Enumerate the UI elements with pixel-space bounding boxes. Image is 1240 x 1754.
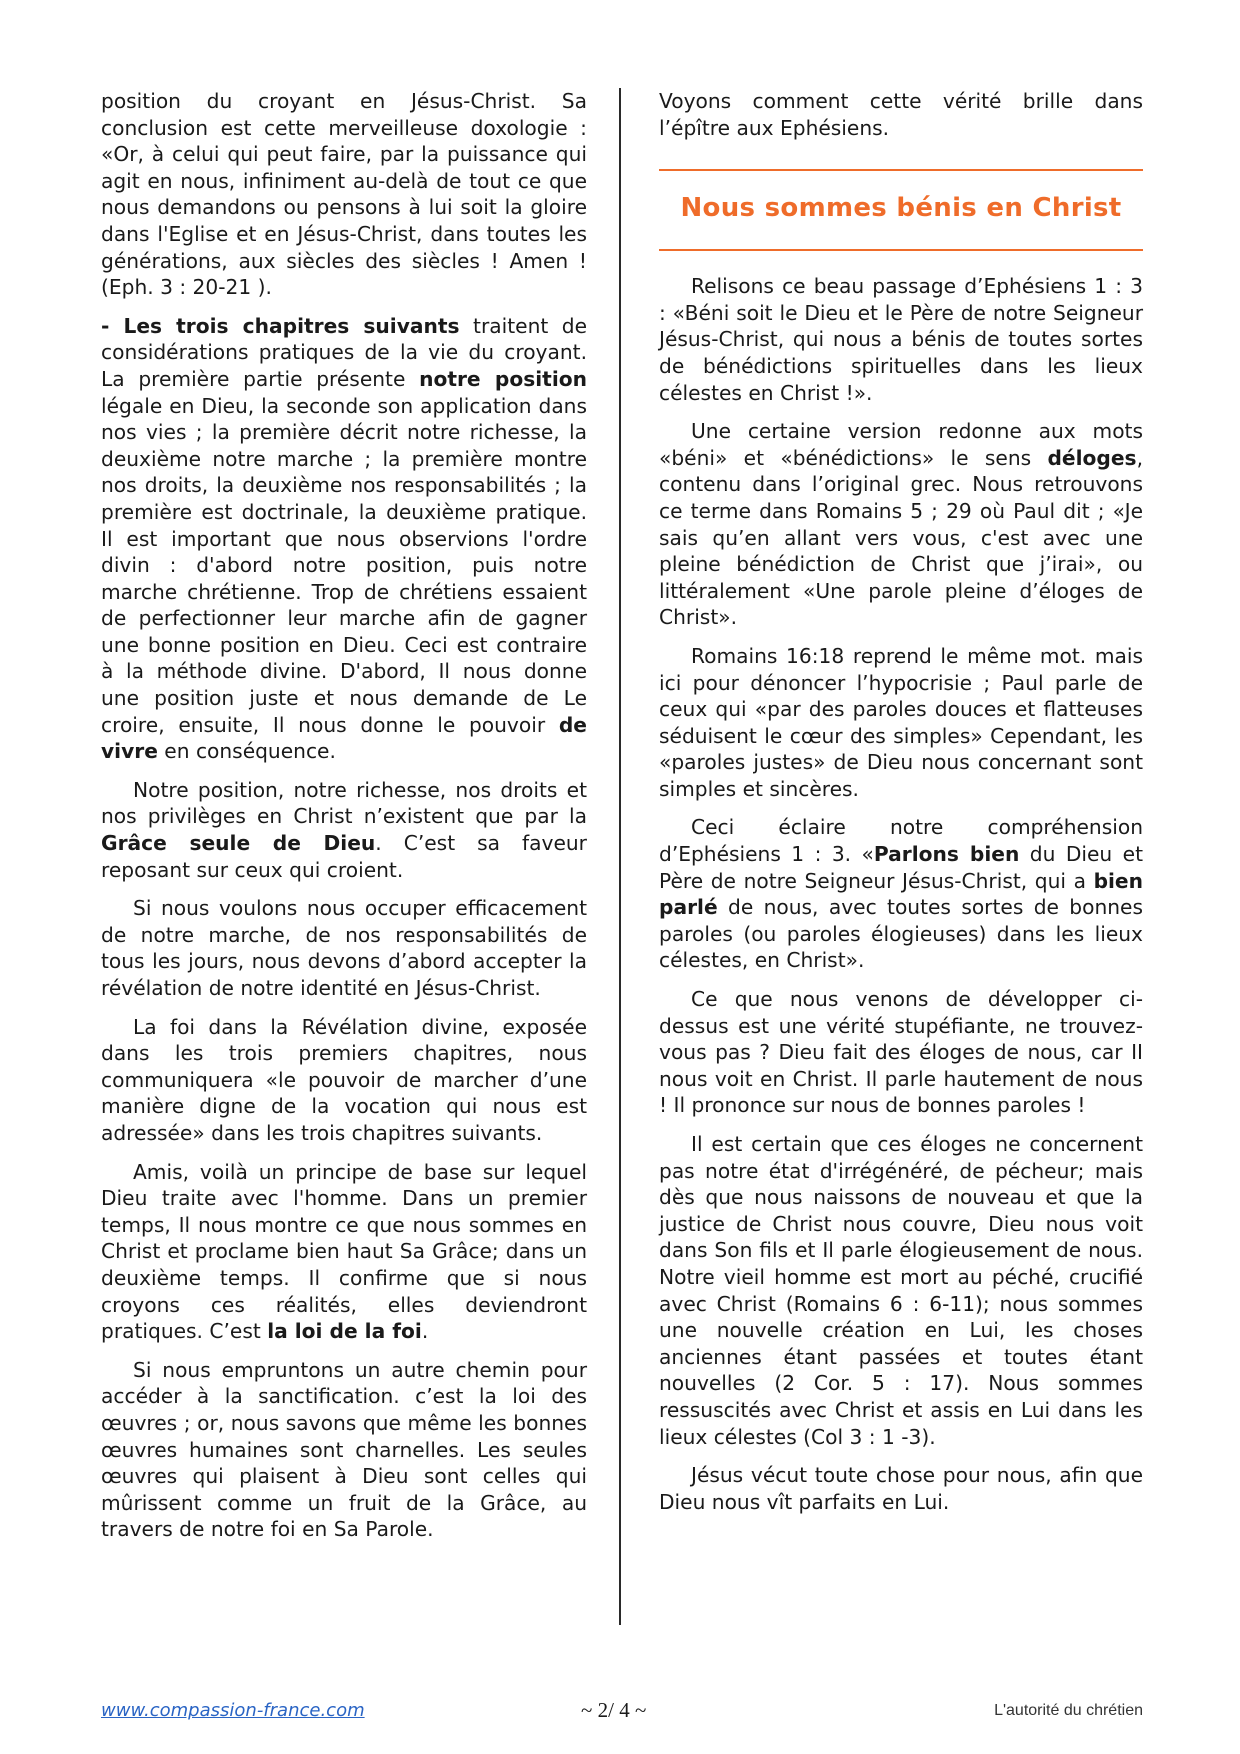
paragraph: Relisons ce beau passage d’Ephésiens 1 :… bbox=[659, 273, 1143, 406]
section-title: Nous sommes bénis en Christ bbox=[659, 171, 1143, 249]
document-title: L'autorité du chrétien bbox=[994, 1702, 1143, 1720]
paragraph: Voyons comment cette vérité brille dans … bbox=[659, 88, 1143, 141]
text-run: Relisons ce beau passage d’Ephésiens 1 :… bbox=[659, 274, 1143, 404]
paragraph: Si nous voulons nous occuper efficacemen… bbox=[101, 895, 587, 1001]
text-run: La foi dans la Révélation divine, exposé… bbox=[101, 1015, 587, 1145]
paragraph: La foi dans la Révélation divine, exposé… bbox=[101, 1014, 587, 1147]
text-run: position du croyant en Jésus-Christ. Sa … bbox=[101, 89, 587, 299]
left-column: position du croyant en Jésus-Christ. Sa … bbox=[101, 88, 587, 1555]
text-run: Notre position, notre richesse, nos droi… bbox=[101, 778, 587, 829]
page-indicator: ~ 2/ 4 ~ bbox=[581, 1698, 646, 1723]
paragraph: Amis, voilà un principe de base sur lequ… bbox=[101, 1159, 587, 1345]
paragraph: Il est certain que ces éloges ne concern… bbox=[659, 1131, 1143, 1450]
section-rule-bottom bbox=[659, 249, 1143, 251]
paragraph: Ceci éclaire notre compréhension d’Ephés… bbox=[659, 814, 1143, 974]
paragraph: position du croyant en Jésus-Christ. Sa … bbox=[101, 88, 587, 301]
text-run: . bbox=[422, 1319, 428, 1343]
text-run: de nous, avec toutes sortes de bonnes pa… bbox=[659, 895, 1143, 972]
bold-text: Grâce seule de Dieu bbox=[101, 831, 375, 855]
bold-text: déloges bbox=[1047, 446, 1136, 470]
text-run: Jésus vécut toute chose pour nous, afin … bbox=[659, 1463, 1143, 1514]
section-header: Nous sommes bénis en Christ bbox=[659, 169, 1143, 251]
paragraph: Jésus vécut toute chose pour nous, afin … bbox=[659, 1462, 1143, 1515]
bold-text: la loi de la foi bbox=[267, 1319, 422, 1343]
text-run: Si nous voulons nous occuper efficacemen… bbox=[101, 896, 587, 1000]
website-link[interactable]: www.compassion-france.com bbox=[101, 1700, 365, 1721]
bold-text: notre position bbox=[419, 367, 587, 391]
text-run: Voyons comment cette vérité brille dans … bbox=[659, 89, 1143, 140]
text-run: en conséquence. bbox=[158, 739, 336, 763]
text-run: , contenu dans l’original grec. Nous ret… bbox=[659, 446, 1143, 630]
page-footer: www.compassion-france.com ~ 2/ 4 ~ L'aut… bbox=[101, 1698, 1143, 1728]
paragraph: Romains 16:18 reprend le même mot. mais … bbox=[659, 643, 1143, 803]
text-run: Si nous empruntons un autre chemin pour … bbox=[101, 1358, 587, 1542]
text-run: Amis, voilà un principe de base sur lequ… bbox=[101, 1160, 587, 1344]
paragraph: Une certaine version redonne aux mots «b… bbox=[659, 418, 1143, 631]
text-run: Il est certain que ces éloges ne concern… bbox=[659, 1132, 1143, 1449]
text-run: légale en Dieu, la seconde son applicati… bbox=[101, 394, 587, 737]
paragraph: Ce que nous venons de développer ci-dess… bbox=[659, 986, 1143, 1119]
text-run: Ce que nous venons de développer ci-dess… bbox=[659, 987, 1143, 1117]
paragraph: Si nous empruntons un autre chemin pour … bbox=[101, 1357, 587, 1543]
right-column: Voyons comment cette vérité brille dans … bbox=[659, 88, 1143, 1527]
text-run: Romains 16:18 reprend le même mot. mais … bbox=[659, 644, 1143, 801]
paragraph: Notre position, notre richesse, nos droi… bbox=[101, 777, 587, 883]
bold-text: - Les trois chapitres suivants bbox=[101, 314, 460, 338]
column-divider bbox=[619, 88, 621, 1625]
bold-text: Parlons bien bbox=[874, 842, 1020, 866]
paragraph: - Les trois chapitres suivants traitent … bbox=[101, 313, 587, 765]
